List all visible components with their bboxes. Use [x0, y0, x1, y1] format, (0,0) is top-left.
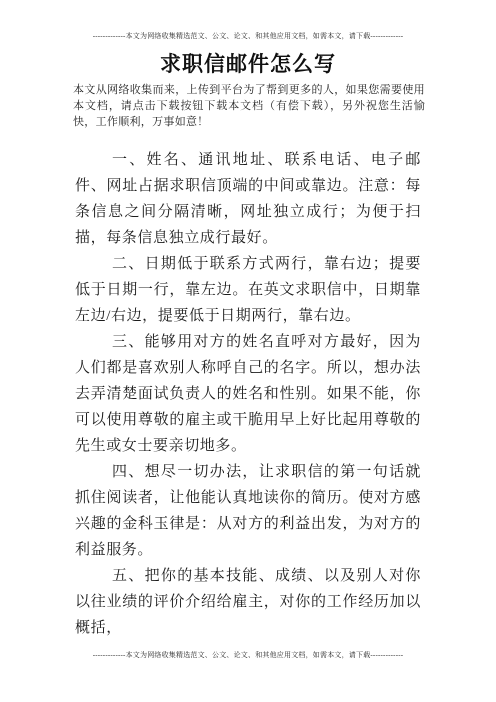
header-note: -------------本文为网络收集精选范文、公文、论文、和其他应用文档，如… [0, 31, 496, 41]
body-paragraph-4: 四、想尽一切办法，让求职信的第一句话就抓住阅读者，让他能认真地读你的简历。使对方… [75, 459, 421, 563]
document-title: 求职信邮件怎么写 [0, 50, 496, 80]
intro-paragraph: 本文从网络收集而来，上传到平台为了帮到更多的人，如果您需要使用本文档，请点击下载… [73, 82, 425, 130]
footer-note: -------------本文为网络收集精选范文、公文、论文、和其他应用文档，如… [0, 650, 496, 660]
document-body: 一、姓名、通讯地址、联系电话、电子邮件、网址占据求职信顶端的中间或靠边。注意：每… [75, 147, 421, 641]
body-paragraph-1: 一、姓名、通讯地址、联系电话、电子邮件、网址占据求职信顶端的中间或靠边。注意：每… [75, 147, 421, 251]
body-paragraph-3: 三、能够用对方的姓名直呼对方最好，因为人们都是喜欢别人称呼自己的名字。所以，想办… [75, 329, 421, 459]
document-page: -------------本文为网络收集精选范文、公文、论文、和其他应用文档，如… [0, 0, 496, 702]
body-paragraph-5: 五、把你的基本技能、成绩、以及别人对你以往业绩的评价介绍给雇主，对你的工作经历加… [75, 563, 421, 641]
body-paragraph-2: 二、日期低于联系方式两行，靠右边；提要低于日期一行，靠左边。在英文求职信中，日期… [75, 251, 421, 329]
